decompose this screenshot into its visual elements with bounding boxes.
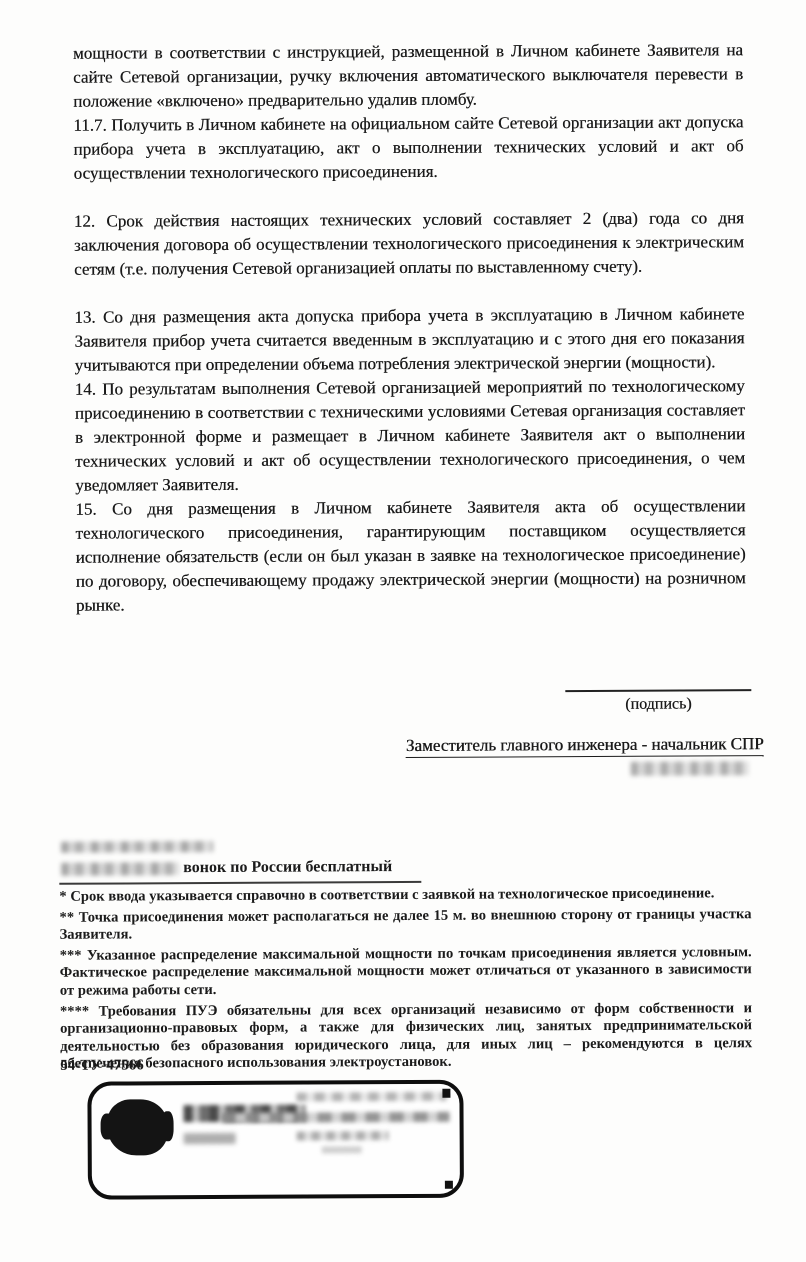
paragraph-12: 12. Срок действия настоящих технических … bbox=[74, 206, 744, 282]
footnote-separator bbox=[59, 881, 421, 885]
footnotes: * Срок ввода указывается справочно в соо… bbox=[59, 885, 752, 1077]
signature-caption: (подпись) bbox=[565, 695, 751, 714]
stamp-corner-mark bbox=[442, 1089, 450, 1098]
footnote-2: ** Точка присоединения может располагать… bbox=[59, 906, 751, 945]
redacted-phone-number bbox=[61, 862, 179, 876]
redacted-signer-name bbox=[631, 761, 749, 776]
redacted-stamp-text bbox=[222, 1112, 450, 1123]
footnote-3: *** Указанное распределение максимальной… bbox=[60, 944, 752, 1000]
signer-title: Заместитель главного инженера - начальни… bbox=[406, 734, 764, 758]
stamp-corner-mark bbox=[445, 1181, 453, 1189]
redacted-stamp-text bbox=[322, 1146, 362, 1153]
paragraph-13: 13. Со дня размещения акта допуска прибо… bbox=[74, 302, 744, 378]
redacted-contact-line bbox=[61, 841, 213, 853]
phone-note: вонок по России бесплатный bbox=[183, 858, 392, 876]
signature-line bbox=[565, 689, 751, 692]
document-body: мощности в соответствии с инструкцией, р… bbox=[73, 38, 746, 618]
paragraph-14: 14. По результатам выполнения Сетевой ор… bbox=[75, 374, 746, 498]
paragraph-continuation: мощности в соответствии с инструкцией, р… bbox=[73, 38, 743, 114]
stamp bbox=[87, 1080, 464, 1200]
paragraph-11-7: 11.7. Получить в Личном кабинете на офиц… bbox=[73, 110, 743, 186]
stamp-logo-icon bbox=[107, 1099, 167, 1155]
phone-line: вонок по России бесплатный bbox=[61, 858, 392, 878]
redacted-stamp-text bbox=[297, 1131, 389, 1140]
paragraph-15: 15. Со дня размещения в Личном кабинете … bbox=[75, 494, 746, 618]
redacted-stamp-text bbox=[184, 1133, 236, 1144]
redacted-stamp-text bbox=[296, 1092, 446, 1102]
document-number: 54-ТУ-47566 bbox=[60, 1057, 144, 1074]
footnote-1: * Срок ввода указывается справочно в соо… bbox=[59, 885, 751, 906]
footnote-4: **** Требования ПУЭ обязательны для всех… bbox=[60, 1000, 752, 1074]
scanned-document-page: мощности в соответствии с инструкцией, р… bbox=[0, 0, 806, 1262]
